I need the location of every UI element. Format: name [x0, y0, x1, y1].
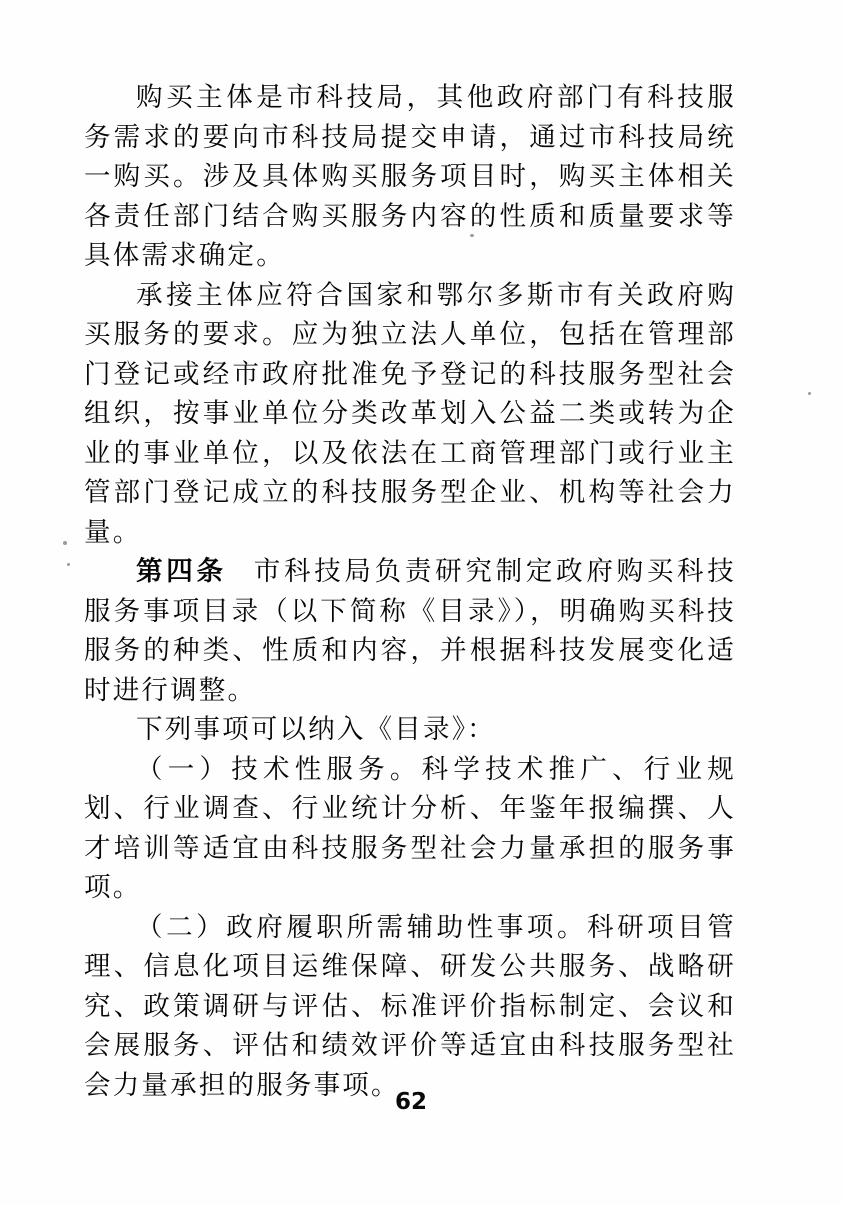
paragraph-text: （一）技术性服务。科学技术推广、行业规划、行业调查、行业统计分析、年鉴年报编撰、…: [84, 754, 736, 903]
paragraph-article-4: 第四条市科技局负责研究制定政府购买科技服务事项目录（以下简称《目录》），明确购买…: [84, 552, 736, 710]
paragraph-catalog-intro: 下列事项可以纳入《目录》：: [84, 710, 736, 750]
scan-speck: [63, 541, 67, 545]
document-page: 购买主体是市科技局，其他政府部门有科技服务需求的要向市科技局提交申请，通过市科技…: [0, 0, 844, 1205]
article-number-label: 第四条: [136, 556, 227, 586]
page-number: 62: [0, 1089, 822, 1115]
paragraph-buyer-subject: 购买主体是市科技局，其他政府部门有科技服务需求的要向市科技局提交申请，通过市科技…: [84, 78, 736, 276]
paragraph-text: （二）政府履职所需辅助性事项。科研项目管理、信息化项目运维保障、研发公共服务、战…: [84, 912, 736, 1100]
scan-speck: [470, 234, 474, 237]
paragraph-undertaking-subject: 承接主体应符合国家和鄂尔多斯市有关政府购买服务的要求。应为独立法人单位，包括在管…: [84, 276, 736, 553]
paragraph-text: 下列事项可以纳入《目录》：: [136, 714, 496, 744]
paragraph-text: 承接主体应符合国家和鄂尔多斯市有关政府购买服务的要求。应为独立法人单位，包括在管…: [84, 280, 736, 547]
scan-speck: [67, 563, 70, 566]
scan-speck: [808, 392, 811, 395]
paragraph-item-2: （二）政府履职所需辅助性事项。科研项目管理、信息化项目运维保障、研发公共服务、战…: [84, 908, 736, 1106]
paragraph-text: 购买主体是市科技局，其他政府部门有科技服务需求的要向市科技局提交申请，通过市科技…: [84, 82, 736, 270]
paragraph-item-1: （一）技术性服务。科学技术推广、行业规划、行业调查、行业统计分析、年鉴年报编撰、…: [84, 750, 736, 908]
text-block: 购买主体是市科技局，其他政府部门有科技服务需求的要向市科技局提交申请，通过市科技…: [84, 78, 736, 1105]
